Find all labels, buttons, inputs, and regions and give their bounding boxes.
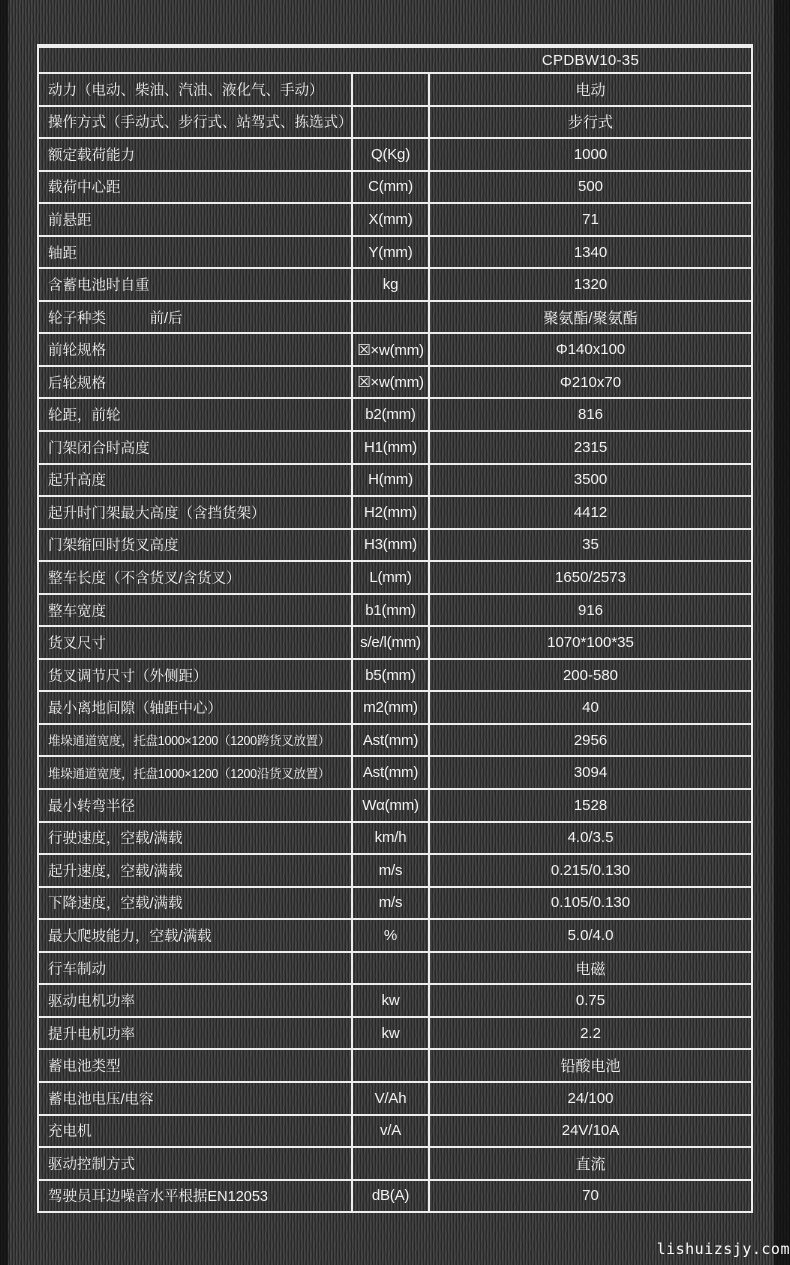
spec-unit: kw (351, 985, 428, 1016)
table-row: 蓄电池电压/电容V/Ah24/100 (39, 1081, 751, 1114)
table-row: 最大爬坡能力，空载/满载%5.0/4.0 (39, 918, 751, 951)
spec-label: 操作方式（手动式、步行式、站驾式、拣选式） (39, 107, 351, 138)
spec-value: 1650/2573 (428, 562, 751, 593)
spec-unit (351, 1148, 428, 1179)
spec-unit: ☒×w(mm) (351, 367, 428, 398)
spec-unit: Ast(mm) (351, 757, 428, 788)
spec-value: 铅酸电池 (428, 1050, 751, 1081)
spec-label: 轴距 (39, 237, 351, 268)
table-row: 蓄电池类型铅酸电池 (39, 1048, 751, 1081)
spec-label: 前悬距 (39, 204, 351, 235)
spec-value: 1340 (428, 237, 751, 268)
spec-label: 蓄电池类型 (39, 1050, 351, 1081)
spec-value: 1000 (428, 139, 751, 170)
spec-unit: V/Ah (351, 1083, 428, 1114)
table-row: 行驶速度，空载/满载km/h4.0/3.5 (39, 821, 751, 854)
spec-value: 24/100 (428, 1083, 751, 1114)
spec-unit: kw (351, 1018, 428, 1049)
spec-unit: kg (351, 269, 428, 300)
spec-label: 轮子种类 前/后 (39, 302, 351, 333)
table-row: 货叉调节尺寸（外侧距）b5(mm)200-580 (39, 658, 751, 691)
spec-unit: s/e/l(mm) (351, 627, 428, 658)
spec-value: 916 (428, 595, 751, 626)
spec-label: 堆垛通道宽度，托盘1000×1200（1200跨货叉放置） (39, 725, 351, 756)
spec-value: 816 (428, 399, 751, 430)
table-row: 起升高度H(mm)3500 (39, 463, 751, 496)
spec-value: 0.105/0.130 (428, 888, 751, 919)
table-row: 额定载荷能力Q(Kg)1000 (39, 137, 751, 170)
model-number: CPDBW10-35 (430, 48, 751, 72)
spec-unit (351, 953, 428, 984)
spec-value: 0.75 (428, 985, 751, 1016)
spec-value: 3094 (428, 757, 751, 788)
table-row: 轮距，前轮b2(mm)816 (39, 397, 751, 430)
table-row: 前悬距X(mm)71 (39, 202, 751, 235)
spec-unit: H3(mm) (351, 530, 428, 561)
table-row: 载荷中心距C(mm)500 (39, 170, 751, 203)
spec-unit: ☒×w(mm) (351, 334, 428, 365)
right-edge-shadow (774, 0, 790, 1265)
spec-unit: Y(mm) (351, 237, 428, 268)
spec-label: 蓄电池电压/电容 (39, 1083, 351, 1114)
watermark: lishuizsjy.com (657, 1240, 790, 1258)
spec-unit: b5(mm) (351, 660, 428, 691)
spec-unit: % (351, 920, 428, 951)
spec-unit: dB(A) (351, 1181, 428, 1212)
spec-unit: H2(mm) (351, 497, 428, 528)
spec-value: 500 (428, 172, 751, 203)
spec-value: 40 (428, 692, 751, 723)
spec-value: 70 (428, 1181, 751, 1212)
table-row: 门架缩回时货叉高度H3(mm)35 (39, 528, 751, 561)
spec-label: 驱动控制方式 (39, 1148, 351, 1179)
spec-label: 行车制动 (39, 953, 351, 984)
table-row: 起升时门架最大高度（含挡货架）H2(mm)4412 (39, 495, 751, 528)
spec-value: Φ140x100 (428, 334, 751, 365)
spec-value: Φ210x70 (428, 367, 751, 398)
spec-unit: Q(Kg) (351, 139, 428, 170)
spec-value: 71 (428, 204, 751, 235)
spec-unit: Ast(mm) (351, 725, 428, 756)
spec-label: 载荷中心距 (39, 172, 351, 203)
spec-label: 门架闭合时高度 (39, 432, 351, 463)
spec-label: 后轮规格 (39, 367, 351, 398)
spec-label: 含蓄电池时自重 (39, 269, 351, 300)
spec-unit (351, 302, 428, 333)
spec-value: 步行式 (428, 107, 751, 138)
table-row: 前轮规格☒×w(mm)Φ140x100 (39, 332, 751, 365)
left-edge-shadow (0, 0, 8, 1265)
table-row: 最小离地间隙（轴距中心）m2(mm)40 (39, 690, 751, 723)
spec-value: 35 (428, 530, 751, 561)
spec-label: 货叉尺寸 (39, 627, 351, 658)
spec-unit: H(mm) (351, 465, 428, 496)
spec-value: 200-580 (428, 660, 751, 691)
spec-unit: m2(mm) (351, 692, 428, 723)
spec-value: 4412 (428, 497, 751, 528)
spec-value: 1070*100*35 (428, 627, 751, 658)
spec-label: 行驶速度，空载/满载 (39, 823, 351, 854)
spec-label: 驾驶员耳边噪音水平根据EN12053 (39, 1181, 351, 1212)
spec-value: 直流 (428, 1148, 751, 1179)
spec-unit: Wα(mm) (351, 790, 428, 821)
spec-label: 起升速度，空载/满载 (39, 855, 351, 886)
table-row: 充电机v/A24V/10A (39, 1114, 751, 1147)
spec-value: 电动 (428, 74, 751, 105)
spec-unit: km/h (351, 823, 428, 854)
spec-label: 驱动电机功率 (39, 985, 351, 1016)
spec-value: 3500 (428, 465, 751, 496)
spec-unit: X(mm) (351, 204, 428, 235)
spec-unit (351, 107, 428, 138)
table-row: 驾驶员耳边噪音水平根据EN12053dB(A)70 (39, 1179, 751, 1212)
table-row: 含蓄电池时自重kg1320 (39, 267, 751, 300)
spec-value: 1320 (428, 269, 751, 300)
spec-label: 整车长度（不含货叉/含货叉） (39, 562, 351, 593)
spec-unit: v/A (351, 1116, 428, 1147)
spec-unit: L(mm) (351, 562, 428, 593)
table-row: 行车制动电磁 (39, 951, 751, 984)
spec-value: 2315 (428, 432, 751, 463)
spec-label: 最小离地间隙（轴距中心） (39, 692, 351, 723)
spec-label: 起升高度 (39, 465, 351, 496)
table-row: 驱动电机功率kw0.75 (39, 983, 751, 1016)
table-row: 整车宽度b1(mm)916 (39, 593, 751, 626)
spec-value: 4.0/3.5 (428, 823, 751, 854)
table-row: 货叉尺寸s/e/l(mm)1070*100*35 (39, 625, 751, 658)
spec-label: 提升电机功率 (39, 1018, 351, 1049)
spec-unit (351, 74, 428, 105)
spec-label: 货叉调节尺寸（外侧距） (39, 660, 351, 691)
spec-label: 起升时门架最大高度（含挡货架） (39, 497, 351, 528)
spec-unit: m/s (351, 888, 428, 919)
spec-label: 额定载荷能力 (39, 139, 351, 170)
spec-value: 1528 (428, 790, 751, 821)
table-row: 轮子种类 前/后聚氨酯/聚氨酯 (39, 300, 751, 333)
spec-label: 最小转弯半径 (39, 790, 351, 821)
spec-unit: C(mm) (351, 172, 428, 203)
table-row: 轴距Y(mm)1340 (39, 235, 751, 268)
spec-value: 5.0/4.0 (428, 920, 751, 951)
spec-label: 下降速度，空载/满载 (39, 888, 351, 919)
table-row: 整车长度（不含货叉/含货叉）L(mm)1650/2573 (39, 560, 751, 593)
spec-label: 堆垛通道宽度，托盘1000×1200（1200沿货叉放置） (39, 757, 351, 788)
table-row: 操作方式（手动式、步行式、站驾式、拣选式）步行式 (39, 105, 751, 138)
table-row: 堆垛通道宽度，托盘1000×1200（1200跨货叉放置）Ast(mm)2956 (39, 723, 751, 756)
spec-value: 电磁 (428, 953, 751, 984)
table-row: 堆垛通道宽度，托盘1000×1200（1200沿货叉放置）Ast(mm)3094 (39, 755, 751, 788)
spec-unit: m/s (351, 855, 428, 886)
spec-value: 2956 (428, 725, 751, 756)
table-row: 门架闭合时高度H1(mm)2315 (39, 430, 751, 463)
spec-label: 动力（电动、柴油、汽油、液化气、手动） (39, 74, 351, 105)
table-row: 驱动控制方式直流 (39, 1146, 751, 1179)
table-row: 后轮规格☒×w(mm)Φ210x70 (39, 365, 751, 398)
spec-table: CPDBW10-35 动力（电动、柴油、汽油、液化气、手动）电动操作方式（手动式… (37, 44, 753, 1213)
table-row: 最小转弯半径Wα(mm)1528 (39, 788, 751, 821)
table-row: 下降速度，空载/满载m/s0.105/0.130 (39, 886, 751, 919)
table-header-row: CPDBW10-35 (39, 46, 751, 72)
spec-value: 2.2 (428, 1018, 751, 1049)
spec-unit: b1(mm) (351, 595, 428, 626)
spec-label: 最大爬坡能力，空载/满载 (39, 920, 351, 951)
spec-value: 24V/10A (428, 1116, 751, 1147)
table-row: 动力（电动、柴油、汽油、液化气、手动）电动 (39, 72, 751, 105)
spec-label: 轮距，前轮 (39, 399, 351, 430)
table-row: 起升速度，空载/满载m/s0.215/0.130 (39, 853, 751, 886)
spec-unit (351, 1050, 428, 1081)
spec-value: 0.215/0.130 (428, 855, 751, 886)
spec-unit: H1(mm) (351, 432, 428, 463)
spec-unit: b2(mm) (351, 399, 428, 430)
table-row: 提升电机功率kw2.2 (39, 1016, 751, 1049)
spec-label: 充电机 (39, 1116, 351, 1147)
spec-label: 前轮规格 (39, 334, 351, 365)
spec-label: 门架缩回时货叉高度 (39, 530, 351, 561)
spec-label: 整车宽度 (39, 595, 351, 626)
spec-value: 聚氨酯/聚氨酯 (428, 302, 751, 333)
